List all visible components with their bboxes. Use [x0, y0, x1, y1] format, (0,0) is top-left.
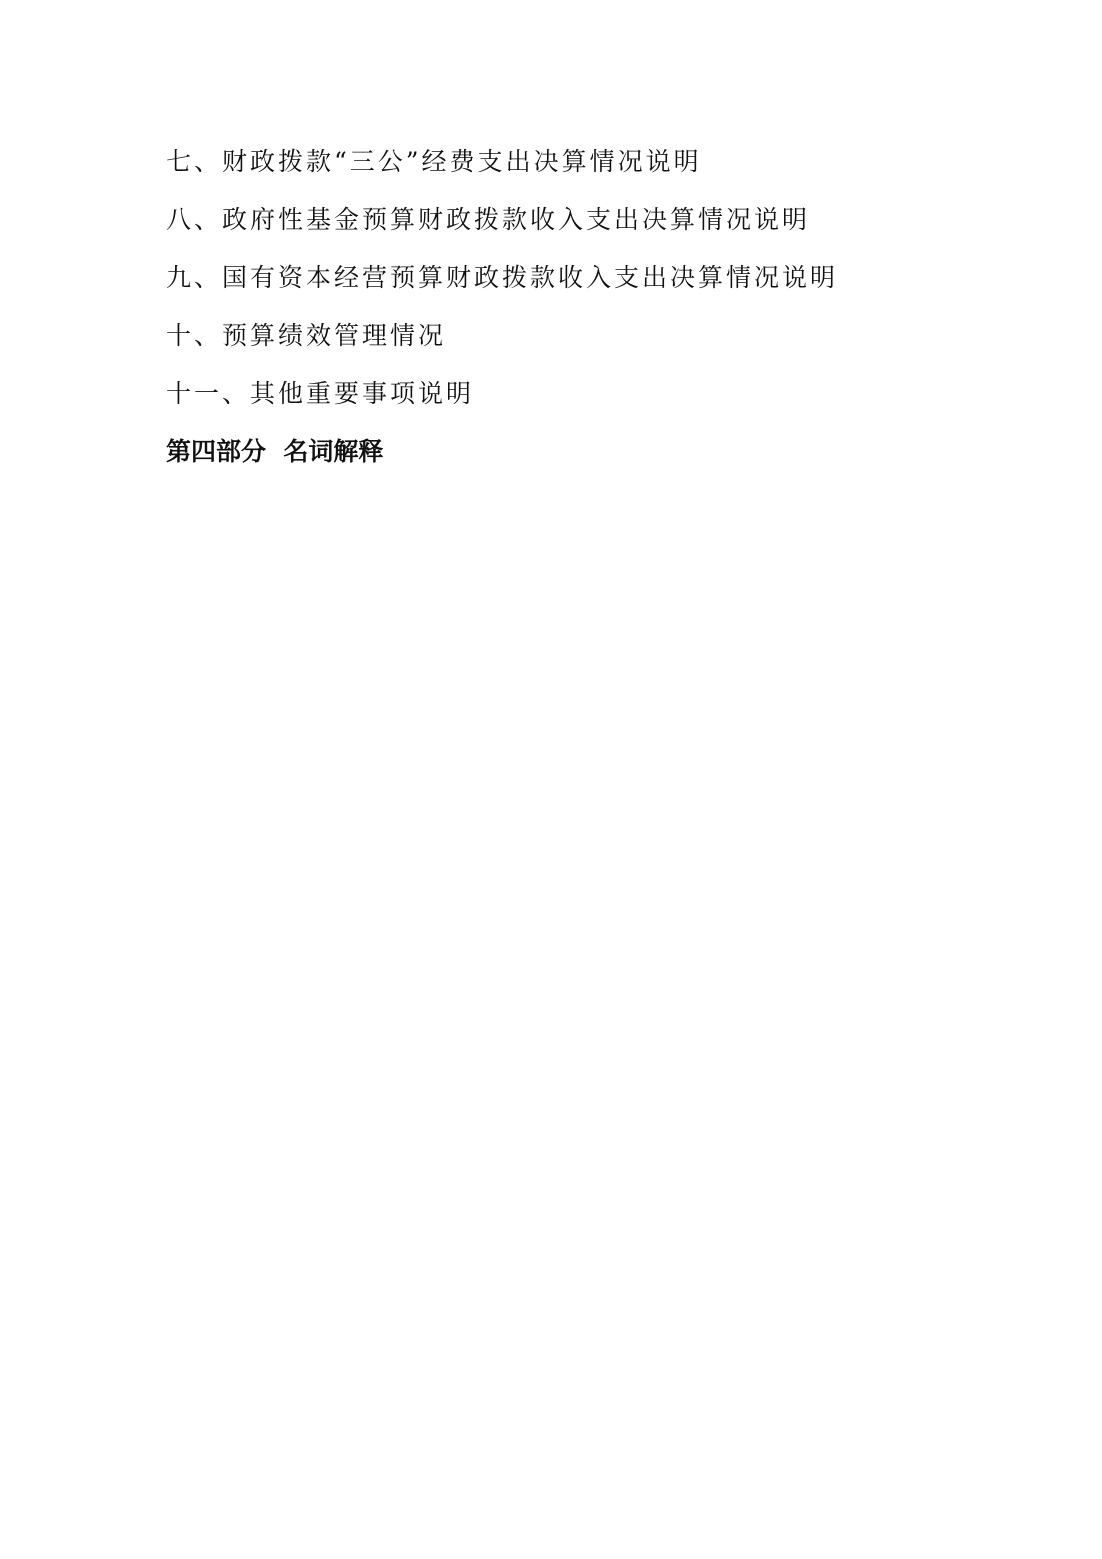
toc-item-9: 九、国有资本经营预算财政拨款收入支出决算情况说明	[166, 258, 838, 316]
toc-item-10: 十、预算绩效管理情况	[166, 316, 838, 374]
toc-item-7: 七、财政拨款“三公”经费支出决算情况说明	[166, 142, 838, 200]
toc-item-11: 十一、其他重要事项说明	[166, 374, 838, 432]
document-page: 七、财政拨款“三公”经费支出决算情况说明 八、政府性基金预算财政拨款收入支出决算…	[0, 0, 1102, 1559]
section-heading-part-four: 第四部分 名词解释	[166, 432, 838, 490]
toc-item-8: 八、政府性基金预算财政拨款收入支出决算情况说明	[166, 200, 838, 258]
table-of-contents: 七、财政拨款“三公”经费支出决算情况说明 八、政府性基金预算财政拨款收入支出决算…	[166, 142, 838, 490]
